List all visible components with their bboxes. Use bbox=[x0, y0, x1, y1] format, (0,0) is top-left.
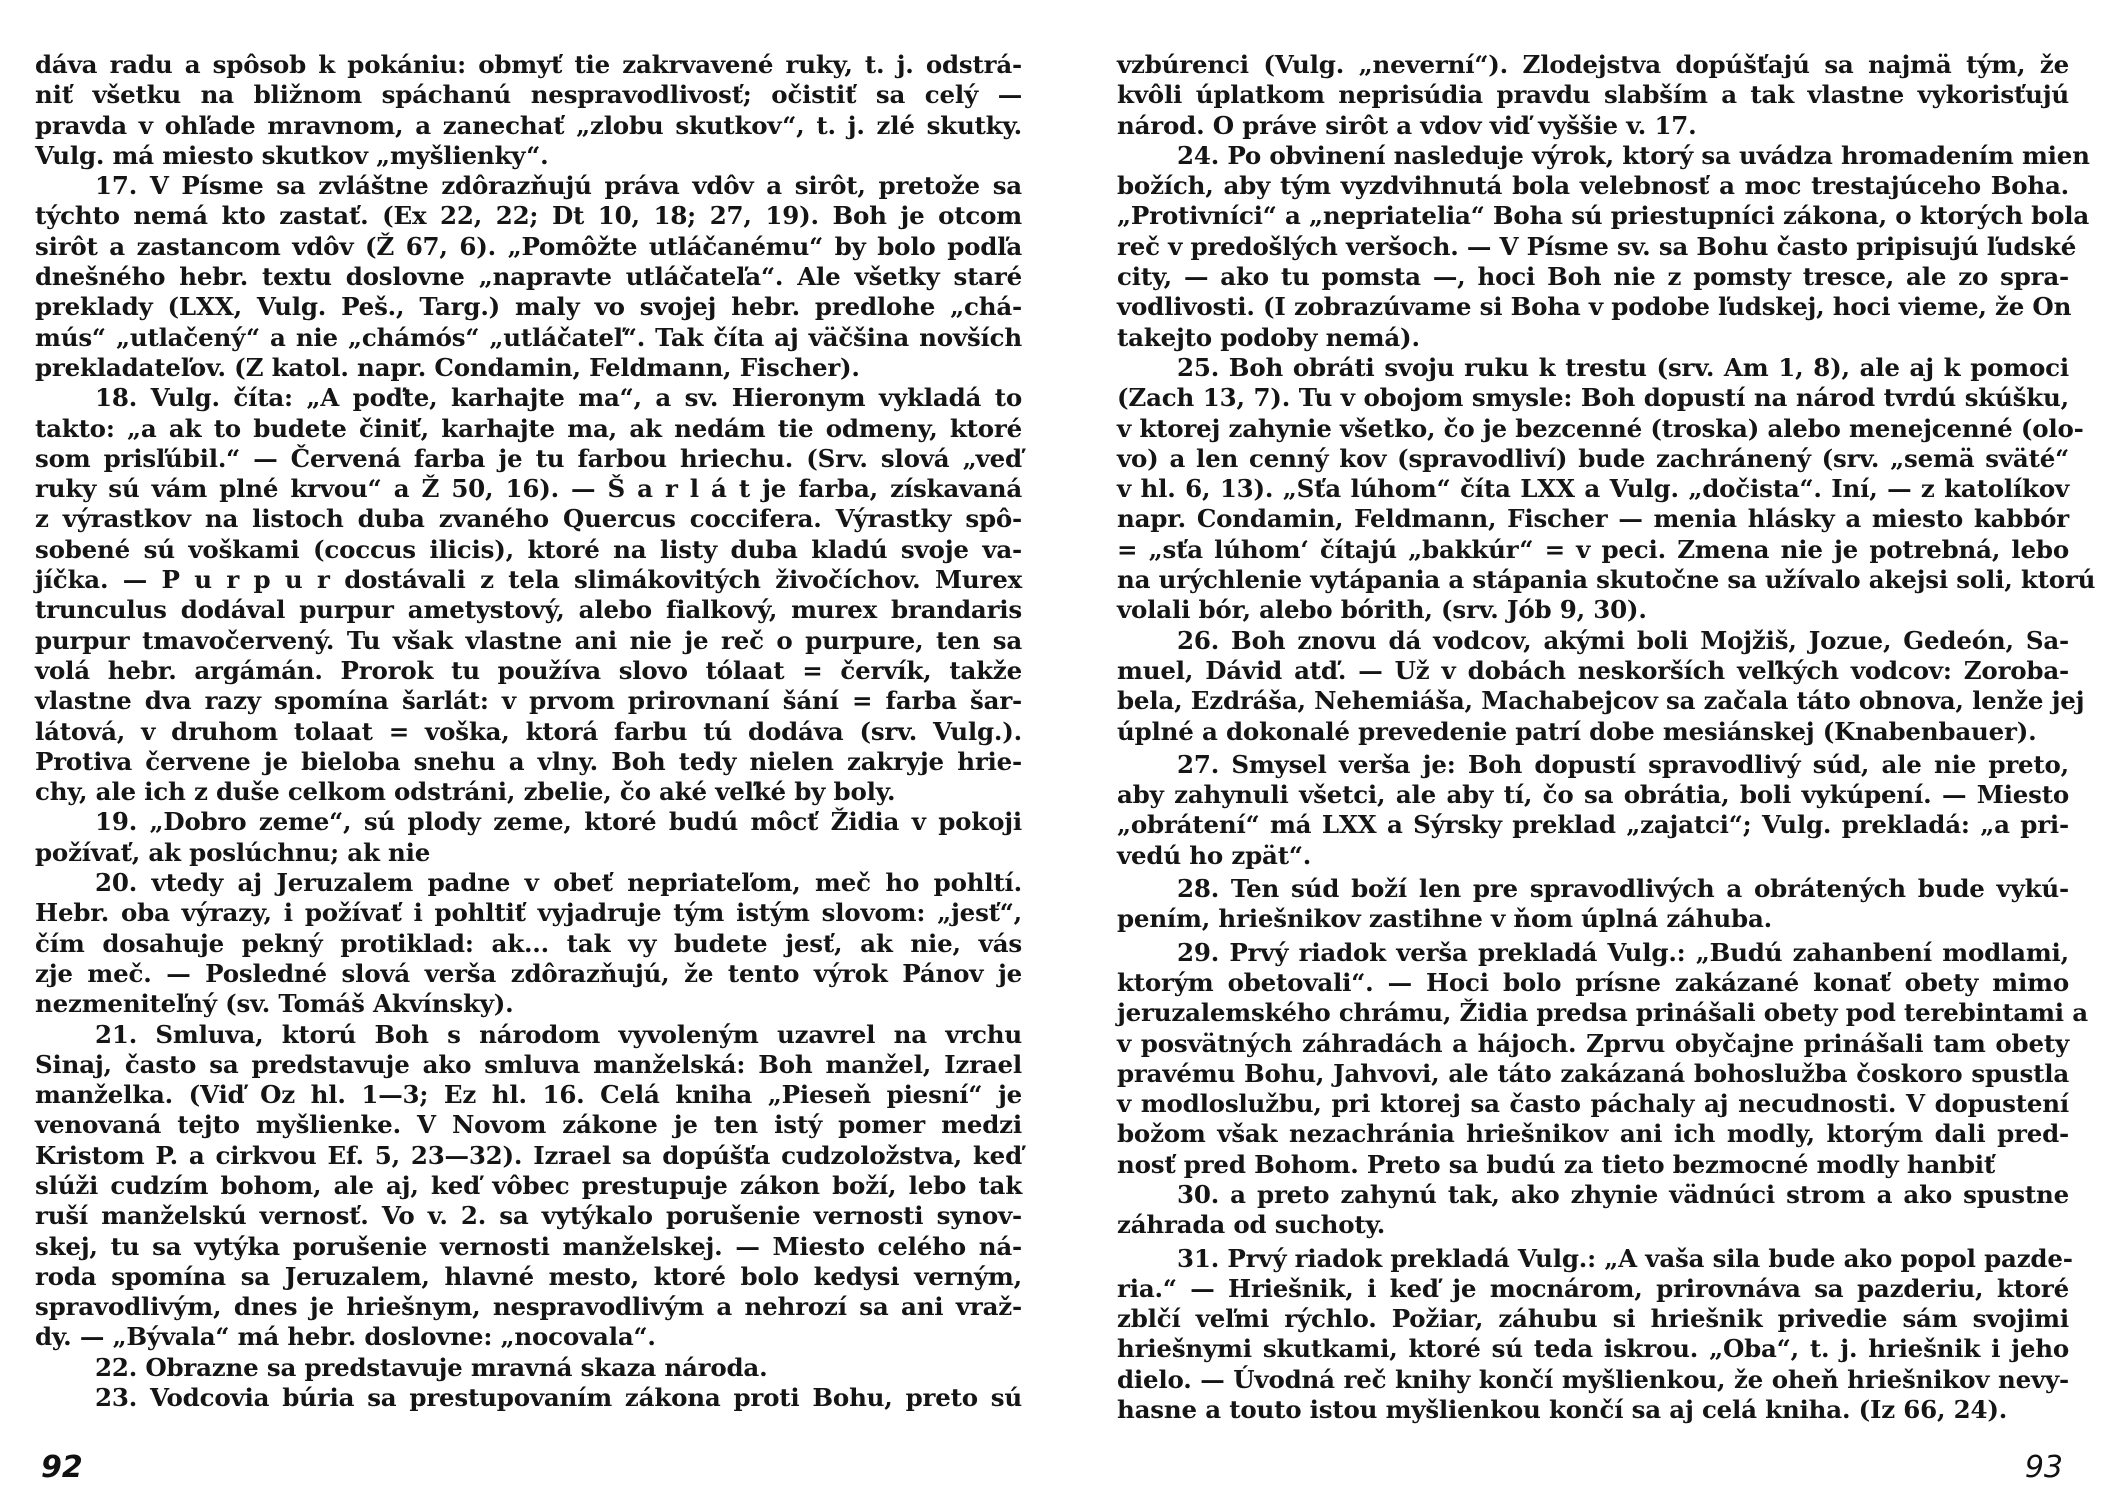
text-line: 24. Po obvinení nasleduje výrok, ktorý s… bbox=[1117, 141, 2069, 171]
text-line: mús“ „utlačený“ a nie „chámós“ „utláčate… bbox=[35, 323, 1022, 353]
text-line: venovaná tejto myšlienke. V Novom zákone… bbox=[35, 1110, 1022, 1140]
text-line: napr. Condamin, Feldmann, Fischer — meni… bbox=[1117, 504, 2069, 534]
text-line: požívať, ak poslúchnu; ak nie bbox=[35, 838, 1022, 868]
text-line: pravda v ohľade mravnom, a zanechať „zlo… bbox=[35, 111, 1022, 141]
text-line: 23. Vodcovia búria sa prestupovaním záko… bbox=[35, 1383, 1022, 1413]
left-page-text: dáva radu a spôsob k pokániu: obmyť tie … bbox=[35, 50, 1022, 1413]
text-line: hasne a touto istou myšlienkou končí sa … bbox=[1117, 1395, 2069, 1425]
text-line: 20. vtedy aj Jeruzalem padne v obeť nepr… bbox=[35, 868, 1022, 898]
text-line: volá hebr. argámán. Prorok tu používa sl… bbox=[35, 656, 1022, 686]
text-line: = „sťa lúhom‘ čítajú „bakkúr“ = v peci. … bbox=[1117, 535, 2069, 565]
text-line: (Zach 13, 7). Tu v obojom smysle: Boh do… bbox=[1117, 383, 2069, 413]
text-line: hriešnymi skutkami, ktoré sú teda iskrou… bbox=[1117, 1334, 2069, 1364]
text-line: dnešného hebr. textu doslovne „napravte … bbox=[35, 262, 1022, 292]
left-page: dáva radu a spôsob k pokániu: obmyť tie … bbox=[35, 0, 1022, 1500]
text-line: kvôli úplatkom neprisúdia pravdu slabším… bbox=[1117, 80, 2069, 110]
text-line: jeruzalemského chrámu, Židia predsa prin… bbox=[1117, 998, 2069, 1028]
text-line: „obrátení“ má LXX a Sýrsky preklad „zaja… bbox=[1117, 810, 2069, 840]
text-line: purpur tmavočervený. Tu však vlastne ani… bbox=[35, 626, 1022, 656]
text-line: Kristom P. a cirkvou Ef. 5, 23—32). Izra… bbox=[35, 1141, 1022, 1171]
text-line: ruší manželskú vernosť. Vo v. 2. sa vytý… bbox=[35, 1201, 1022, 1231]
text-line: Hebr. oba výrazy, i požívať i pohltiť vy… bbox=[35, 898, 1022, 928]
text-line: muel, Dávid atď. — Už v dobách neskoršíc… bbox=[1117, 656, 2069, 686]
text-line: dielo. — Úvodná reč knihy končí myšlienk… bbox=[1117, 1365, 2069, 1395]
text-line: 21. Smluva, ktorú Boh s národom vyvolený… bbox=[35, 1020, 1022, 1050]
text-line: spravodlivým, dnes je hriešnym, nespravo… bbox=[35, 1292, 1022, 1322]
text-line: manželka. (Viď Oz hl. 1—3; Ez hl. 16. Ce… bbox=[35, 1080, 1022, 1110]
text-line: takejto podoby nemá). bbox=[1117, 323, 2069, 353]
text-line: niť všetku na bližnom spáchanú nespravod… bbox=[35, 80, 1022, 110]
text-line: 19. „Dobro zeme“, sú plody zeme, ktoré b… bbox=[35, 807, 1022, 837]
text-line: takto: „a ak to budete činiť, karhajte m… bbox=[35, 414, 1022, 444]
text-line: aby zahynuli všetci, ale aby tí, čo sa o… bbox=[1117, 780, 2069, 810]
text-line: bela, Ezdráša, Nehemiáša, Machabejcov sa… bbox=[1117, 686, 2069, 716]
text-line: preklady (LXX, Vulg. Peš., Targ.) maly v… bbox=[35, 292, 1022, 322]
text-line: dáva radu a spôsob k pokániu: obmyť tie … bbox=[35, 50, 1022, 80]
text-line: pením, hriešnikov zastihne v ňom úplná z… bbox=[1117, 904, 2069, 934]
text-line: 30. a preto zahynú tak, ako zhynie vädnú… bbox=[1117, 1180, 2069, 1210]
text-line: skej, tu sa vytýka porušenie vernosti ma… bbox=[35, 1232, 1022, 1262]
text-line: ruky sú vám plné krvou“ a Ž 50, 16). — Š… bbox=[35, 474, 1022, 504]
text-line: reč v predošlých veršoch. — V Písme sv. … bbox=[1117, 232, 2069, 262]
text-line: 25. Boh obráti svoju ruku k trestu (srv.… bbox=[1117, 353, 2069, 383]
text-line: slúži cudzím bohom, ale aj, keď vôbec pr… bbox=[35, 1171, 1022, 1201]
text-line: 31. Prvý riadok prekladá Vulg.: „A vaša … bbox=[1117, 1244, 2069, 1274]
text-line: 29. Prvý riadok verša prekladá Vulg.: „B… bbox=[1117, 938, 2069, 968]
text-line: z výrastkov na listoch duba zvaného Quer… bbox=[35, 504, 1022, 534]
text-line: nosť pred Bohom. Preto sa budú za tieto … bbox=[1117, 1150, 2069, 1180]
text-line: vedú ho zpät“. bbox=[1117, 841, 2069, 871]
text-line: 17. V Písme sa zvláštne zdôrazňujú práva… bbox=[35, 171, 1022, 201]
text-line: 28. Ten súd boží len pre spravodlivých a… bbox=[1117, 874, 2069, 904]
text-line: 26. Boh znovu dá vodcov, akými boli Mojž… bbox=[1117, 626, 2069, 656]
text-line: trunculus dodával purpur ametystový, ale… bbox=[35, 595, 1022, 625]
text-line: prekladateľov. (Z katol. napr. Condamin,… bbox=[35, 353, 1022, 383]
text-line: zje meč. — Posledné slová verša zdôrazňu… bbox=[35, 959, 1022, 989]
text-line: nezmeniteľný (sv. Tomáš Akvínsky). bbox=[35, 989, 1022, 1019]
text-line: chy, ale ich z duše celkom odstráni, zbe… bbox=[35, 777, 1022, 807]
text-line: dy. — „Bývala“ má hebr. doslovne: „nocov… bbox=[35, 1322, 1022, 1352]
text-line: národ. O práve sirôt a vdov viď vyššie v… bbox=[1117, 111, 2069, 141]
text-line: v hl. 6, 13). „Sťa lúhom“ číta LXX a Vul… bbox=[1117, 474, 2069, 504]
text-line: čím dosahuje pekný protiklad: ak... tak … bbox=[35, 929, 1022, 959]
text-line: zblčí veľmi rýchlo. Požiar, záhubu si hr… bbox=[1117, 1304, 2069, 1334]
text-line: vlastne dva razy spomína šarlát: v prvom… bbox=[35, 686, 1022, 716]
right-page: vzbúrenci (Vulg. „neverní“). Zlodejstva … bbox=[1117, 0, 2069, 1500]
text-line: v posvätných záhradách a hájoch. Zprvu o… bbox=[1117, 1029, 2069, 1059]
text-line: Protiva červene je bieloba snehu a vlny.… bbox=[35, 747, 1022, 777]
text-line: úplné a dokonalé prevedenie patrí dobe m… bbox=[1117, 717, 2069, 747]
text-line: vzbúrenci (Vulg. „neverní“). Zlodejstva … bbox=[1117, 50, 2069, 80]
text-line: vo) a len cenný kov (spravodliví) bude z… bbox=[1117, 444, 2069, 474]
text-line: volali bór, alebo bórith, (srv. Jób 9, 3… bbox=[1117, 595, 2069, 625]
text-line: „Protivníci“ a „nepriatelia“ Boha sú pri… bbox=[1117, 201, 2069, 231]
text-line: som prisľúbil.“ — Červená farba je tu fa… bbox=[35, 444, 1022, 474]
text-line: roda spomína sa Jeruzalem, hlavné mesto,… bbox=[35, 1262, 1022, 1292]
text-line: ktorým obetovali“. — Hoci bolo prísne za… bbox=[1117, 968, 2069, 998]
text-line: pravému Bohu, Jahvovi, ale táto zakázaná… bbox=[1117, 1059, 2069, 1089]
page-number-right: 93 bbox=[2025, 1450, 2063, 1485]
text-line: týchto nemá kto zastať. (Ex 22, 22; Dt 1… bbox=[35, 201, 1022, 231]
text-line: božom však nezachránia hriešnikov ani ic… bbox=[1117, 1119, 2069, 1149]
text-line: Sinaj, často sa predstavuje ako smluva m… bbox=[35, 1050, 1022, 1080]
text-line: 27. Smysel verša je: Boh dopustí spravod… bbox=[1117, 750, 2069, 780]
text-line: 18. Vulg. číta: „A poďte, karhajte ma“, … bbox=[35, 383, 1022, 413]
text-line: v modloslužbu, pri ktorej sa často pácha… bbox=[1117, 1089, 2069, 1119]
text-line: záhrada od suchoty. bbox=[1117, 1210, 2069, 1240]
text-line: látová, v druhom tolaat = voška, ktorá f… bbox=[35, 717, 1022, 747]
text-line: ria.“ — Hriešnik, i keď je mocnárom, pri… bbox=[1117, 1274, 2069, 1304]
text-line: Vulg. má miesto skutkov „myšlienky“. bbox=[35, 141, 1022, 171]
text-line: na urýchlenie vytápania a stápania skuto… bbox=[1117, 565, 2069, 595]
text-line: 22. Obrazne sa predstavuje mravná skaza … bbox=[35, 1353, 1022, 1383]
text-line: božích, aby tým vyzdvihnutá bola velebno… bbox=[1117, 171, 2069, 201]
page-number-left: 92 bbox=[41, 1450, 83, 1485]
text-line: city, — ako tu pomsta —, hoci Boh nie z … bbox=[1117, 262, 2069, 292]
right-page-text: vzbúrenci (Vulg. „neverní“). Zlodejstva … bbox=[1117, 50, 2069, 1425]
text-line: sirôt a zastancom vdôv (Ž 67, 6). „Pomôž… bbox=[35, 232, 1022, 262]
text-line: jíčka. — P u r p u r dostávali z tela sl… bbox=[35, 565, 1022, 595]
text-line: vodlivosti. (I zobrazúvame si Boha v pod… bbox=[1117, 292, 2069, 322]
text-line: v ktorej zahynie všetko, čo je bezcenné … bbox=[1117, 414, 2069, 444]
text-line: sobené sú voškami (coccus ilicis), ktoré… bbox=[35, 535, 1022, 565]
